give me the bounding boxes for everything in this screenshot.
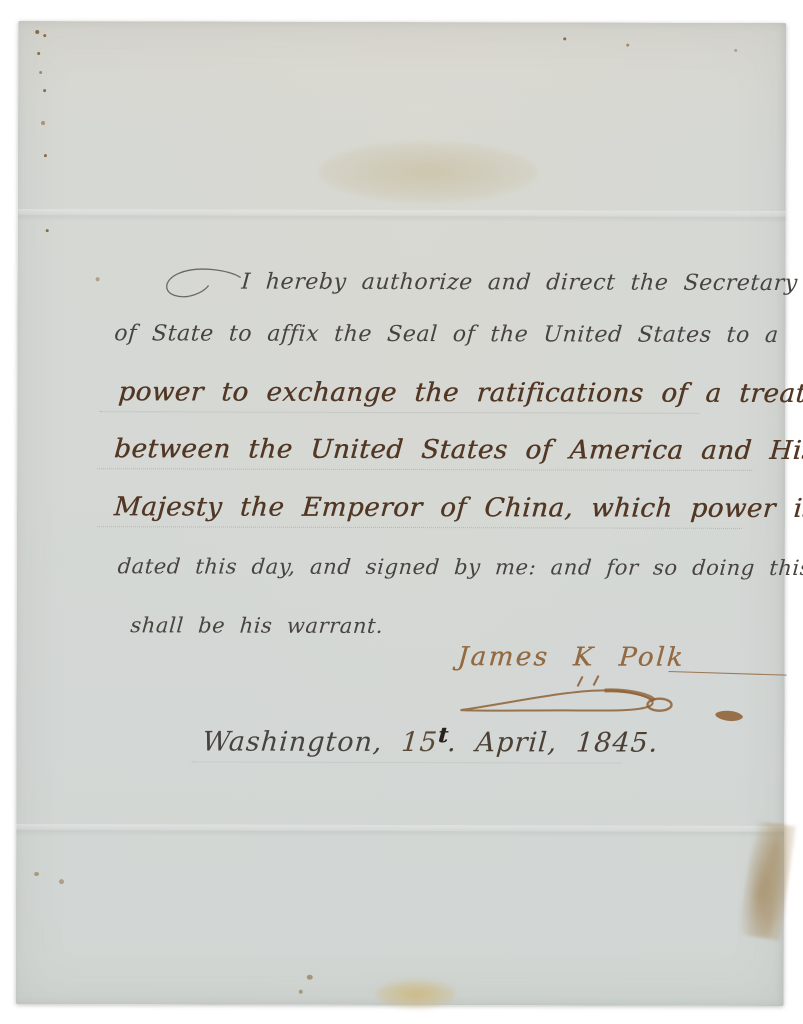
manuscript-paper: I hereby authorize and direct the Secret… [16, 21, 787, 1006]
foxing-spot [299, 990, 303, 994]
foxing-spot [734, 49, 737, 52]
guide-line [97, 526, 742, 529]
foxing-spot [43, 89, 46, 92]
foxing-spot [44, 154, 47, 157]
foxing-spot [39, 71, 42, 74]
stain-bottom-center [376, 980, 456, 1008]
foxing-spot [307, 975, 313, 980]
guide-line [191, 761, 621, 763]
dateline-rest: . April, 1845. [446, 727, 659, 759]
dateline: Washington, 15t. April, 1845. [201, 721, 660, 758]
foxing-spot [46, 229, 49, 232]
smudge-bottom-right [738, 821, 796, 941]
opening-flourish [163, 267, 245, 303]
body-line-2: of State to affix the Seal of the United… [113, 321, 779, 348]
foxing-spot [96, 277, 100, 281]
foxing-spot [563, 37, 566, 40]
foxing-spot [35, 30, 39, 34]
body-line-3: power to exchange the ratifications of a… [117, 377, 803, 409]
signature: James K Polk [457, 642, 687, 673]
body-line-1: I hereby authorize and direct the Secret… [241, 270, 799, 296]
photo-backdrop: I hereby authorize and direct the Secret… [0, 0, 803, 1024]
body-line-7: shall be his warrant. [130, 613, 385, 638]
stain-top-faint [318, 142, 538, 203]
foxing-spot [43, 34, 46, 37]
body-line-4: between the United States of America and… [113, 434, 803, 466]
foxing-spot [34, 872, 39, 876]
foxing-spot [626, 44, 629, 47]
crease-line [18, 209, 786, 223]
foxing-spot [37, 52, 40, 55]
crease-line [16, 824, 784, 838]
foxing-spot [41, 121, 45, 125]
guide-line [99, 411, 699, 414]
body-line-5: Majesty the Emperor of China, which powe… [113, 492, 803, 524]
body-line-6: dated this day, and signed by me: and fo… [117, 554, 803, 580]
dateline-place: Washington, [201, 726, 383, 757]
dateline-day: 15 [400, 727, 439, 758]
foxing-spot [59, 879, 64, 884]
guide-line [97, 468, 752, 471]
